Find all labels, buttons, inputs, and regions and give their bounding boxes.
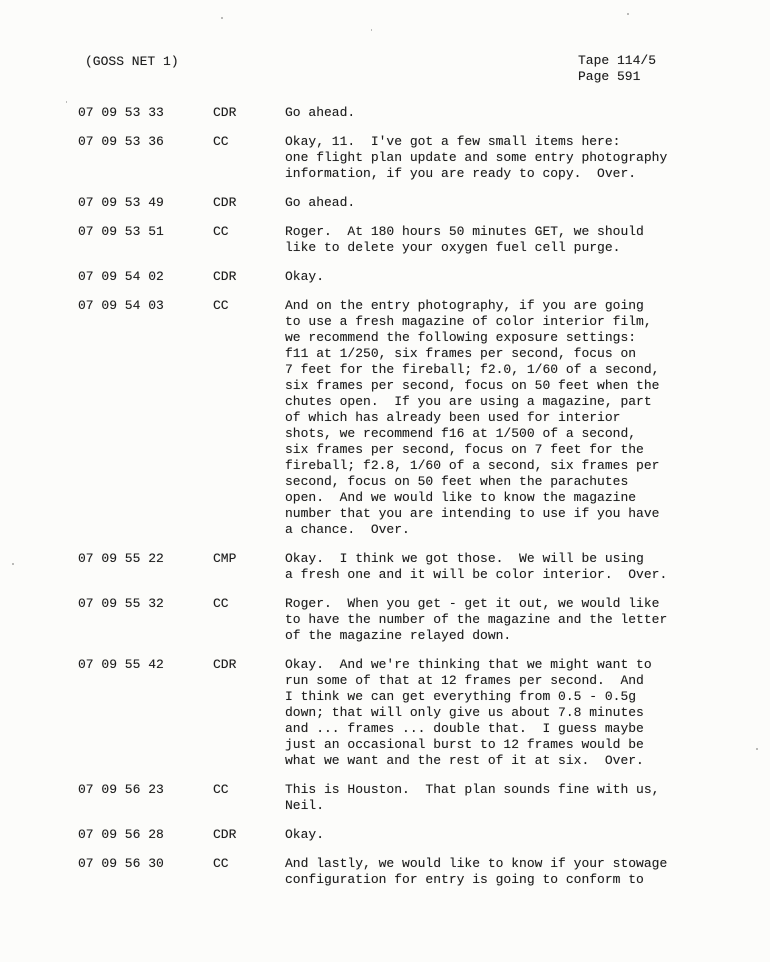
entry-speaker: CMP — [213, 551, 285, 567]
entry-speaker: CC — [213, 134, 285, 150]
entry-speaker: CC — [213, 224, 285, 240]
transcript-entry: 07 09 53 36 CC Okay, 11. I've got a few … — [0, 134, 770, 182]
entry-text: Roger. When you get - get it out, we wou… — [285, 596, 677, 644]
entry-speaker: CDR — [213, 105, 285, 121]
scan-speck — [221, 17, 223, 19]
transcript-page: (GOSS NET 1) Tape 114/5 Page 591 07 09 5… — [0, 0, 770, 962]
entry-text: This is Houston. That plan sounds fine w… — [285, 782, 677, 814]
entry-text: Okay. — [285, 269, 677, 285]
entry-text: Go ahead. — [285, 195, 677, 211]
entry-text: And lastly, we would like to know if you… — [285, 856, 677, 888]
entry-speaker: CC — [213, 856, 285, 872]
page-number-label: Page 591 — [578, 69, 656, 85]
entry-timestamp: 07 09 55 42 — [78, 657, 213, 673]
entry-speaker: CDR — [213, 827, 285, 843]
entry-timestamp: 07 09 53 51 — [78, 224, 213, 240]
transcript-entry: 07 09 53 49 CDR Go ahead. — [0, 195, 770, 211]
entry-speaker: CC — [213, 596, 285, 612]
entry-speaker: CC — [213, 782, 285, 798]
transcript-entry: 07 09 55 32 CC Roger. When you get - get… — [0, 596, 770, 644]
entry-timestamp: 07 09 53 36 — [78, 134, 213, 150]
entry-timestamp: 07 09 54 02 — [78, 269, 213, 285]
entry-speaker: CDR — [213, 657, 285, 673]
entry-text: Roger. At 180 hours 50 minutes GET, we s… — [285, 224, 677, 256]
entry-text: Okay. I think we got those. We will be u… — [285, 551, 677, 583]
transcript-entry: 07 09 53 33 CDR Go ahead. — [0, 105, 770, 121]
entry-timestamp: 07 09 55 32 — [78, 596, 213, 612]
entry-speaker: CDR — [213, 195, 285, 211]
entry-timestamp: 07 09 56 23 — [78, 782, 213, 798]
transcript-entry: 07 09 56 30 CC And lastly, we would like… — [0, 856, 770, 888]
transcript-entry: 07 09 53 51 CC Roger. At 180 hours 50 mi… — [0, 224, 770, 256]
transcript-entry: 07 09 54 02 CDR Okay. — [0, 269, 770, 285]
entry-speaker: CC — [213, 298, 285, 314]
entry-timestamp: 07 09 53 33 — [78, 105, 213, 121]
transcript-entry: 07 09 56 23 CC This is Houston. That pla… — [0, 782, 770, 814]
transcript-entry: 07 09 54 03 CC And on the entry photogra… — [0, 298, 770, 538]
net-label: (GOSS NET 1) — [85, 54, 179, 70]
scan-speck — [627, 13, 629, 15]
transcript-entry: 07 09 56 28 CDR Okay. — [0, 827, 770, 843]
transcript-entry: 07 09 55 22 CMP Okay. I think we got tho… — [0, 551, 770, 583]
entry-timestamp: 07 09 54 03 — [78, 298, 213, 314]
entry-text: And on the entry photography, if you are… — [285, 298, 677, 538]
page-header-block: Tape 114/5 Page 591 — [578, 53, 656, 85]
entry-text: Okay, 11. I've got a few small items her… — [285, 134, 677, 182]
transcript-entry: 07 09 55 42 CDR Okay. And we're thinking… — [0, 657, 770, 769]
entry-speaker: CDR — [213, 269, 285, 285]
scan-speck — [12, 563, 14, 565]
scan-speck — [66, 101, 67, 103]
entry-text: Okay. And we're thinking that we might w… — [285, 657, 677, 769]
scan-speck — [756, 748, 758, 750]
transcript-body: 07 09 53 33 CDR Go ahead. 07 09 53 36 CC… — [0, 105, 770, 901]
entry-timestamp: 07 09 55 22 — [78, 551, 213, 567]
entry-text: Okay. — [285, 827, 677, 843]
entry-timestamp: 07 09 56 30 — [78, 856, 213, 872]
scan-speck — [371, 29, 372, 31]
tape-label: Tape 114/5 — [578, 53, 656, 69]
entry-text: Go ahead. — [285, 105, 677, 121]
entry-timestamp: 07 09 56 28 — [78, 827, 213, 843]
entry-timestamp: 07 09 53 49 — [78, 195, 213, 211]
